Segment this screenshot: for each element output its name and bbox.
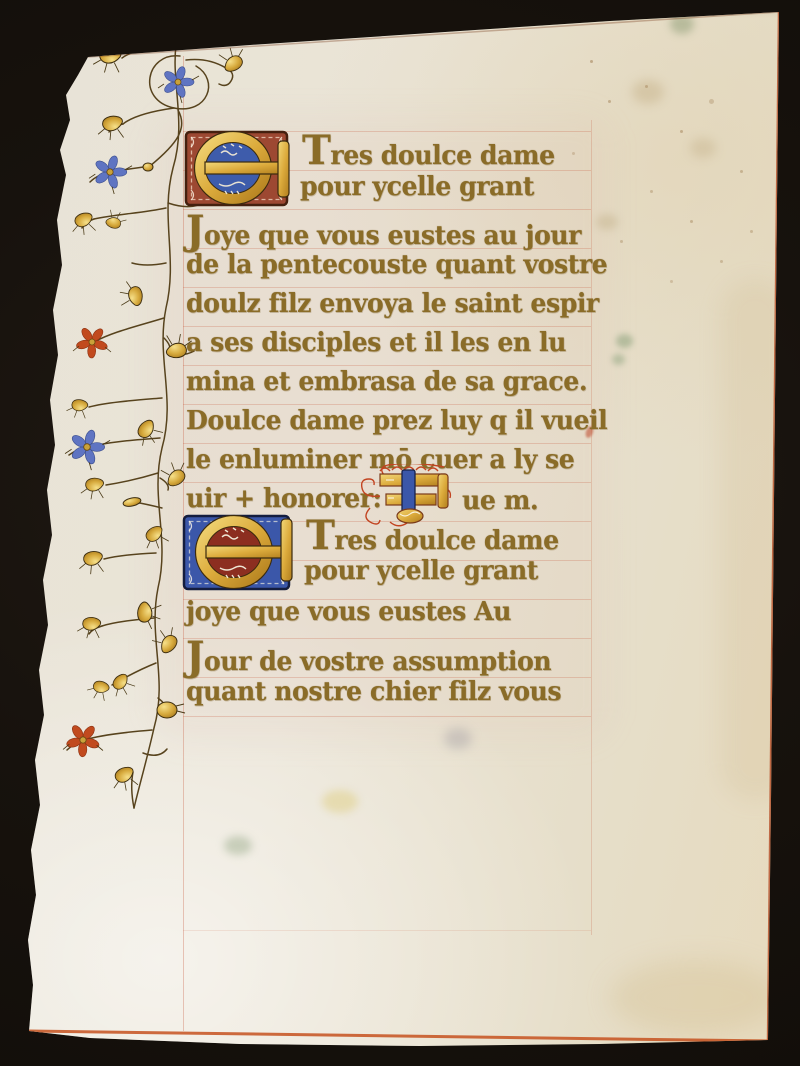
red-flower [73, 326, 111, 358]
photo-backdrop: E Tres doulce dame [0, 0, 800, 1066]
amen-text: ue m. [462, 488, 538, 514]
illuminated-initial-e1: E [183, 129, 295, 209]
stain-green [616, 334, 633, 348]
stain-green [612, 354, 625, 365]
red-flower [63, 724, 103, 757]
manuscript-leaf: E Tres doulce dame [0, 0, 800, 1066]
verse2-line: Jour de vostre assumption [186, 637, 551, 677]
verse1-line: Doulce dame prez luy q il vueil [186, 408, 607, 434]
verse1-line: Tres doulce dame [302, 131, 555, 171]
initial-e2-art [181, 511, 301, 593]
verse1-line: doulz filz envoya le saint espir [186, 291, 599, 317]
stain-tan [690, 138, 716, 158]
ruling-bottom-margin [183, 930, 591, 931]
gold-rosehip [157, 702, 185, 718]
verse1-line: pour ycelle grant [300, 174, 534, 200]
blue-flower [158, 66, 199, 103]
blue-flower [89, 155, 132, 194]
foxing-specks [590, 60, 593, 63]
verse1-line: mina et embrasa de sa grace. [186, 369, 587, 395]
verse2-line: pour ycelle grant [304, 558, 538, 584]
stain-green [224, 836, 252, 855]
stain-green [670, 14, 694, 34]
illuminated-initial-e2: E [181, 511, 301, 593]
stain-tan [632, 80, 664, 104]
verse1-line: de la pentecouste quant vostre [186, 252, 607, 278]
ruling-vertical-right [591, 120, 592, 935]
verse2-line: joye que vous eustes Au [186, 599, 511, 625]
verse1-line: a ses disciples et il les en lu [186, 330, 566, 356]
verse2-line: Tres doulce dame [306, 516, 559, 556]
verse2-line: quant nostre chier filz vous [186, 679, 561, 705]
stain-warm [610, 960, 780, 1035]
blue-flower [65, 429, 110, 470]
verse1-line: Joye que vous eustes au jour [186, 211, 581, 251]
initial-e1-art [183, 129, 295, 209]
stain-edge-band [720, 280, 790, 800]
